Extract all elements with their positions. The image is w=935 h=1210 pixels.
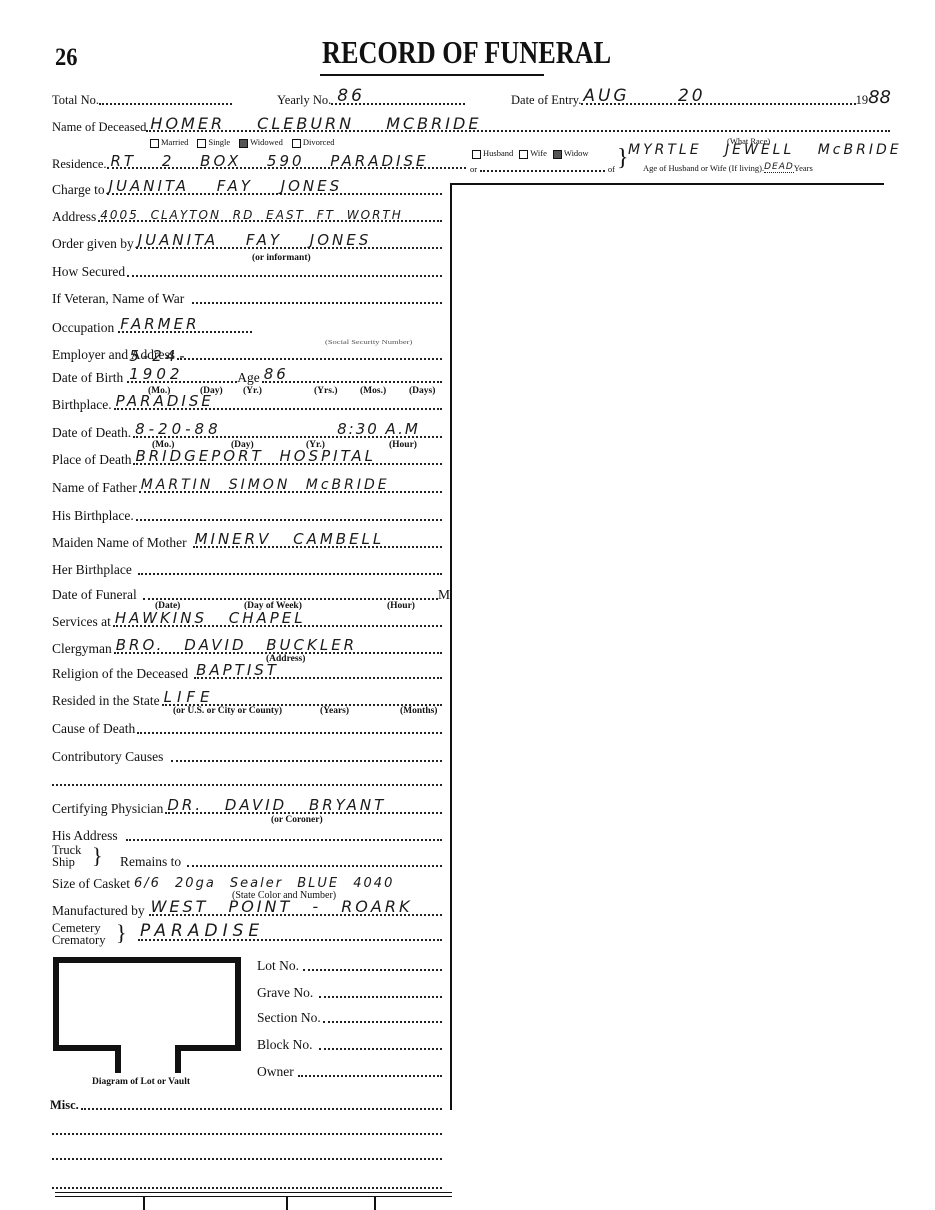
mother-maiden-value[interactable]: MINERV CAMBELL bbox=[195, 530, 385, 548]
page-title: RECORD OF FUNERAL bbox=[322, 34, 611, 71]
grave-no-field[interactable]: Grave No. bbox=[257, 983, 442, 1001]
funeral-sub-hour: (Hour) bbox=[387, 601, 415, 611]
title-underline bbox=[320, 74, 544, 76]
clergyman-field[interactable]: Clergyman BRO. DAVID BUCKLER bbox=[52, 639, 442, 657]
marital-status-group: Married Single Widowed Divorced bbox=[150, 137, 334, 148]
remains-to-field[interactable]: Remains to bbox=[120, 852, 442, 870]
checkbox-married[interactable] bbox=[150, 139, 159, 148]
residence-label: Residence. bbox=[52, 157, 107, 172]
misc-line-2[interactable] bbox=[52, 1133, 442, 1135]
lot-no-field[interactable]: Lot No. bbox=[257, 956, 442, 974]
contributory-causes-field[interactable]: Contributory Causes bbox=[52, 747, 442, 765]
dod-value[interactable]: 8-20-88 bbox=[135, 420, 222, 438]
physician-value[interactable]: DR. DAVID BRYANT bbox=[167, 796, 386, 814]
age-value[interactable]: 86 bbox=[264, 365, 289, 383]
resided-sub-years: (Years) bbox=[320, 706, 349, 716]
bottom-tick bbox=[374, 1196, 376, 1210]
father-name-value[interactable]: MARTIN SIMON McBRIDE bbox=[141, 477, 390, 493]
spouse-name-value[interactable]: MYRTLE JEWELL McBRIDE bbox=[628, 142, 902, 158]
section-no-field[interactable]: Section No. bbox=[257, 1008, 442, 1026]
spouse-wife[interactable]: Wife bbox=[519, 148, 547, 159]
religion-value[interactable]: BAPTIST bbox=[196, 661, 279, 679]
notes-box bbox=[450, 183, 884, 1110]
contributory-causes-line-2[interactable] bbox=[52, 784, 442, 786]
year-suffix[interactable]: 88 bbox=[868, 87, 891, 108]
resided-sub-months: (Months) bbox=[400, 706, 437, 716]
yearly-no-label: Yearly No. bbox=[277, 93, 331, 108]
misc-field[interactable]: Misc. bbox=[50, 1095, 442, 1113]
manufacturer-value[interactable]: WEST POINT - ROARK bbox=[151, 897, 413, 916]
lot-diagram-leg-right bbox=[175, 1045, 181, 1073]
misc-line-3[interactable] bbox=[52, 1158, 442, 1160]
his-address-field[interactable]: His Address bbox=[52, 826, 442, 844]
spouse-husband[interactable]: Husband bbox=[472, 148, 513, 159]
order-given-by-field[interactable]: Order given by JUANITA FAY JONES bbox=[52, 234, 442, 252]
bottom-tick bbox=[143, 1196, 145, 1210]
misc-line-4[interactable] bbox=[52, 1187, 442, 1189]
charge-to-value[interactable]: JUANITA FAY JONES bbox=[109, 177, 343, 195]
page-number: 26 bbox=[55, 44, 78, 72]
address-field[interactable]: Address 4005 CLAYTON RD EAST FT WORTH bbox=[52, 207, 442, 225]
cause-of-death-field[interactable]: Cause of Death bbox=[52, 719, 442, 737]
checkbox-divorced[interactable] bbox=[292, 139, 301, 148]
deceased-name-label: Name of Deceased bbox=[52, 120, 146, 135]
marital-married[interactable]: Married bbox=[150, 137, 188, 148]
residence-field[interactable]: Residence. RT 2 BOX 590 PARADISE bbox=[52, 154, 466, 172]
cemetery-value[interactable]: PARADISE bbox=[140, 921, 264, 941]
his-birthplace-field[interactable]: His Birthplace. bbox=[52, 506, 442, 524]
veteran-war-field[interactable]: If Veteran, Name of War bbox=[52, 289, 442, 307]
total-no-value[interactable] bbox=[99, 103, 232, 105]
spouse-widow[interactable]: Widow bbox=[553, 148, 589, 159]
bottom-rule-bottom bbox=[55, 1196, 452, 1197]
place-of-death-field[interactable]: Place of Death BRIDGEPORT HOSPITAL bbox=[52, 450, 442, 468]
address-value[interactable]: 4005 CLAYTON RD EAST FT WORTH bbox=[100, 208, 403, 222]
owner-field[interactable]: Owner bbox=[257, 1062, 442, 1080]
cemetery-field[interactable]: PARADISE bbox=[136, 926, 442, 944]
deceased-name-value[interactable]: HOMER CLEBURN MCBRIDE bbox=[150, 114, 481, 133]
lot-diagram-base-left bbox=[53, 1045, 121, 1051]
manufactured-by-field[interactable]: Manufactured by WEST POINT - ROARK bbox=[52, 901, 442, 919]
yearly-no-value[interactable]: 86 bbox=[337, 86, 365, 106]
services-at-value[interactable]: HAWKINS CHAPEL bbox=[115, 609, 306, 627]
checkbox-husband[interactable] bbox=[472, 150, 481, 159]
mother-maiden-field[interactable]: Maiden Name of Mother MINERV CAMBELL bbox=[52, 533, 442, 551]
bottom-rule-top bbox=[55, 1192, 452, 1193]
checkbox-wife[interactable] bbox=[519, 150, 528, 159]
total-no-label: Total No. bbox=[52, 93, 99, 108]
certifying-physician-field[interactable]: Certifying Physician DR. DAVID BRYANT bbox=[52, 799, 442, 817]
brace-icon: } bbox=[617, 146, 629, 170]
dod-sub-hour: (Hour) bbox=[389, 440, 417, 450]
her-birthplace-field[interactable]: Her Birthplace bbox=[52, 560, 442, 578]
lot-diagram-leg-left bbox=[115, 1045, 121, 1073]
dob-value[interactable]: 5-24-1902 bbox=[129, 347, 237, 383]
deceased-name-field[interactable]: Name of Deceased HOMER CLEBURN MCBRIDE bbox=[52, 117, 890, 135]
order-given-by-value[interactable]: JUANITA FAY JONES bbox=[138, 231, 372, 249]
block-no-field[interactable]: Block No. bbox=[257, 1035, 442, 1053]
religion-field[interactable]: Religion of the Deceased BAPTIST bbox=[52, 664, 442, 682]
date-of-entry-label: Date of Entry. bbox=[511, 93, 581, 108]
spouse-or-of-line: or of bbox=[470, 160, 615, 174]
year-prefix: 19 bbox=[856, 93, 869, 108]
spouse-age-field[interactable]: Age of Husband or Wife (If living). DEAD… bbox=[643, 162, 813, 173]
resided-value[interactable]: LIFE bbox=[164, 688, 215, 706]
employer-field[interactable]: Employer and Address bbox=[52, 345, 442, 363]
truck-ship-label: Truck Ship bbox=[52, 844, 81, 868]
dod-hour-value[interactable]: 8:30 A.M bbox=[337, 420, 420, 438]
bottom-tick bbox=[286, 1196, 288, 1210]
spouse-age-value[interactable]: DEAD bbox=[764, 162, 794, 173]
services-at-field[interactable]: Services at HAWKINS CHAPEL bbox=[52, 612, 442, 630]
brace-icon: } bbox=[116, 922, 127, 944]
birthplace-field[interactable]: Birthplace. PARADISE bbox=[52, 395, 442, 413]
checkbox-single[interactable] bbox=[197, 139, 206, 148]
occupation-value[interactable]: FARMER bbox=[120, 315, 199, 333]
marital-single[interactable]: Single bbox=[197, 137, 230, 148]
spouse-type-group: Husband Wife Widow bbox=[472, 148, 589, 159]
date-of-death-field[interactable]: Date of Death. 8-20-88 8:30 A.M bbox=[52, 423, 442, 441]
date-of-entry-field[interactable]: Date of Entry. AUG 20 19 88 bbox=[511, 90, 891, 108]
checkbox-widowed[interactable] bbox=[239, 139, 248, 148]
how-secured-field[interactable]: How Secured bbox=[52, 262, 442, 280]
lot-diagram-base-right bbox=[175, 1045, 241, 1051]
yearly-no-field[interactable]: Yearly No. 86 bbox=[277, 90, 465, 108]
birthplace-value[interactable]: PARADISE bbox=[116, 392, 214, 410]
diagram-caption: Diagram of Lot or Vault bbox=[92, 1077, 190, 1087]
resided-sub-place: (or U.S. or City or County) bbox=[173, 706, 282, 716]
father-name-field[interactable]: Name of Father MARTIN SIMON McBRIDE bbox=[52, 478, 442, 496]
charge-to-field[interactable]: Charge to JUANITA FAY JONES bbox=[52, 180, 442, 198]
clergyman-value[interactable]: BRO. DAVID BUCKLER bbox=[116, 636, 357, 654]
date-of-entry-value[interactable]: AUG 20 bbox=[583, 86, 705, 106]
brace-icon: } bbox=[92, 845, 103, 867]
dob-age-field[interactable]: Date of Birth 5-24-1902 Age 86 bbox=[52, 368, 442, 386]
casket-value[interactable]: 6/6 20ga Sealer BLUE 4040 bbox=[134, 876, 394, 891]
marital-divorced[interactable]: Divorced bbox=[292, 137, 335, 148]
checkbox-widow[interactable] bbox=[553, 150, 562, 159]
lot-diagram bbox=[53, 957, 241, 1051]
occupation-field[interactable]: Occupation FARMER bbox=[52, 318, 252, 336]
cemetery-crematory-label: Cemetery Crematory bbox=[52, 922, 105, 946]
residence-value[interactable]: RT 2 BOX 590 PARADISE bbox=[111, 152, 429, 170]
place-of-death-value[interactable]: BRIDGEPORT HOSPITAL bbox=[135, 447, 375, 465]
or-coroner-label: (or Coroner) bbox=[271, 815, 323, 825]
total-no-field[interactable]: Total No. bbox=[52, 90, 232, 108]
marital-widowed[interactable]: Widowed bbox=[239, 137, 283, 148]
